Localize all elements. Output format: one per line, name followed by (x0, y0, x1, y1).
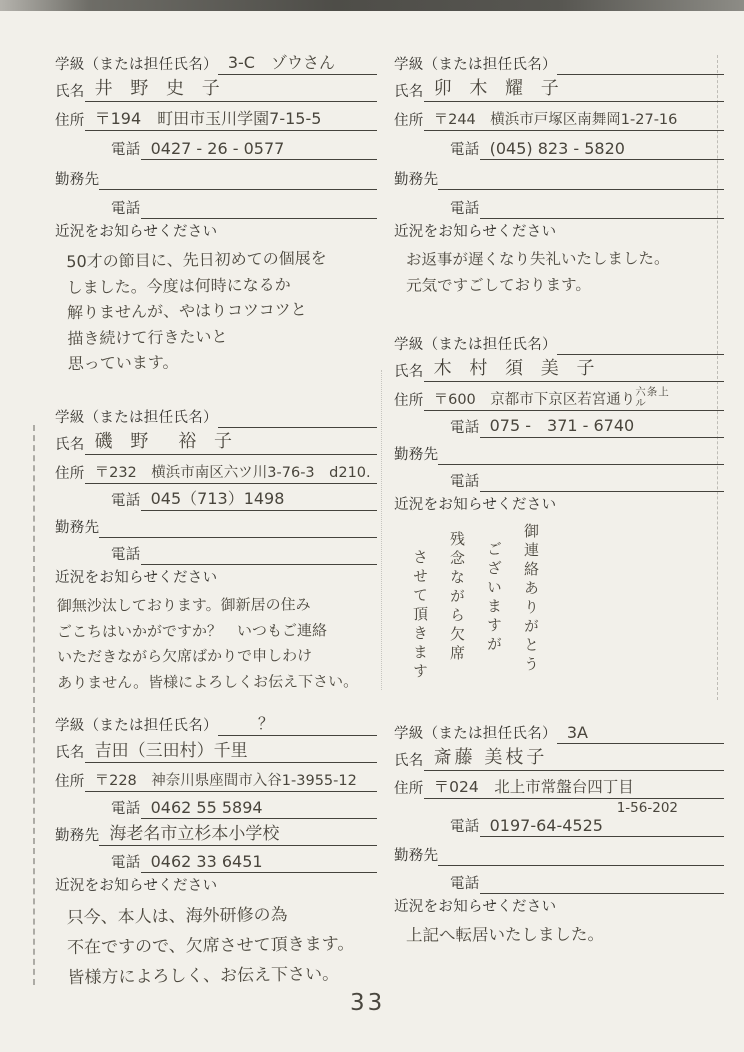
contact-form-block-5: 学級（または担任氏名） 氏名 木 村 須 美 子 住所 〒600 京都市下京区若… (394, 328, 724, 703)
work-phone-value (141, 563, 377, 565)
class-label: 学級（または担任氏名） (394, 53, 557, 75)
message-line: 元気ですごしております。 (406, 272, 724, 299)
phone-label: 電話 (450, 416, 480, 438)
name-value: 木 村 須 美 子 (424, 354, 724, 382)
message-line: 御無沙汰しております。御新居の住み (57, 592, 377, 619)
phone-row: 電話 0427 - 26 - 0577 (55, 131, 377, 160)
phone-label: 電話 (450, 138, 480, 160)
class-label: 学級（または担任氏名） (55, 714, 218, 736)
work-phone-row: 電話 (55, 190, 377, 219)
notice-label: 近況をお知らせください (394, 493, 556, 515)
address-row: 住所 〒194 町田市玉川学園7-15-5 (55, 102, 377, 131)
name-row: 氏名 木 村 須 美 子 (394, 355, 724, 382)
work-phone-label: 電話 (450, 470, 480, 492)
address-label: 住所 (55, 462, 85, 484)
workplace-label: 勤務先 (55, 824, 99, 846)
work-phone-row: 電話 (55, 538, 377, 565)
status-message: 只今、本人は、海外研修の為 不在ですので、欠席させて頂きます。 皆様方によろしく… (54, 893, 377, 992)
phone-row: 電話 075 - 371 - 6740 (394, 411, 724, 438)
work-phone-value: 0462 33 6451 (141, 852, 377, 873)
class-row: 学級（または担任氏名） (55, 401, 377, 428)
address-row: 住所 〒232 横浜市南区六ツ川3-76-3 d210. (55, 455, 377, 484)
workplace-label: 勤務先 (55, 516, 99, 538)
address-label: 住所 (55, 109, 85, 131)
phone-row: 電話 0462 55 5894 (55, 792, 377, 819)
name-value: 斎藤 美枝子 (424, 743, 724, 771)
phone-value: 0197-64-4525 (480, 816, 724, 837)
work-phone-row: 電話 0462 33 6451 (55, 846, 377, 873)
message-line: 上記へ転居いたしました。 (406, 921, 724, 948)
work-phone-label: 電話 (450, 197, 480, 219)
message-line: 只今、本人は、海外研修の為 (66, 898, 376, 932)
scan-edge-line-left (33, 425, 35, 985)
contact-form-block-2: 学級（または担任氏名） 氏名 磯 野 裕 子 住所 〒232 横浜市南区六ツ川3… (55, 401, 377, 695)
address-row: 住所 〒228 神奈川県座間市入谷1-3955-12 (55, 763, 377, 792)
work-phone-row: 電話 (394, 465, 724, 492)
class-label: 学級（または担任氏名） (394, 722, 557, 744)
notice-row: 近況をお知らせください (394, 492, 724, 515)
vertical-message-line: ございますが (484, 541, 505, 703)
workplace-row: 勤務先 (394, 438, 724, 465)
right-column: 学級（または担任氏名） 氏名 卯 木 耀 子 住所 〒244 横浜市戸塚区南舞岡… (394, 48, 724, 948)
phone-value: 075 - 371 - 6740 (480, 413, 724, 438)
address-value: 〒194 町田市玉川学園7-15-5 (85, 106, 377, 131)
status-message: 御無沙汰しております。御新居の住み ごこちはいかがですか？ いつもご連絡 いただ… (55, 587, 378, 696)
name-row: 氏名 斎藤 美枝子 (394, 744, 724, 771)
notice-row: 近況をお知らせください (55, 219, 377, 242)
phone-label: 電話 (111, 138, 141, 160)
workplace-label: 勤務先 (394, 168, 438, 190)
work-phone-row: 電話 (394, 866, 724, 894)
work-phone-label: 電話 (111, 851, 141, 873)
name-row: 氏名 磯 野 裕 子 (55, 428, 377, 455)
address-row: 住所 〒600 京都市下京区若宮通り六条上ル (394, 382, 724, 411)
address-value: 〒228 神奈川県座間市入谷1-3955-12 (85, 769, 377, 792)
name-row: 氏名 井 野 史 子 (55, 75, 377, 102)
work-phone-value (480, 217, 724, 219)
workplace-value (99, 188, 377, 190)
address-label: 住所 (55, 770, 85, 792)
page-number: 33 (350, 990, 385, 1016)
class-value: ？ (218, 711, 377, 736)
phone-label: 電話 (450, 815, 480, 837)
address-label: 住所 (394, 389, 424, 411)
work-phone-label: 電話 (111, 543, 141, 565)
workplace-value: 海老名市立杉本小学校 (99, 819, 377, 846)
class-value: 3-C ゾウさん (218, 50, 377, 75)
address-label: 住所 (394, 777, 424, 799)
name-value: 吉田（三田村）千里 (85, 736, 377, 763)
work-phone-label: 電話 (111, 197, 141, 219)
address-row: 住所 〒244 横浜市戸塚区南舞岡1-27-16 (394, 102, 724, 131)
class-label: 学級（または担任氏名） (55, 406, 218, 428)
address-value: 〒244 横浜市戸塚区南舞岡1-27-16 (424, 108, 724, 131)
message-line: 思っています。 (68, 347, 378, 377)
workplace-row: 勤務先 (55, 511, 377, 538)
phone-value: (045) 823 - 5820 (480, 139, 724, 160)
class-row: 学級（または担任氏名） ？ (55, 709, 377, 736)
workplace-label: 勤務先 (55, 168, 99, 190)
phone-value: 0462 55 5894 (141, 798, 377, 819)
name-label: 氏名 (55, 741, 85, 763)
message-line: いただきながら欠席ばかりで申しわけ (57, 643, 377, 670)
notice-label: 近況をお知らせください (55, 220, 217, 242)
scan-top-edge-band (0, 0, 744, 11)
workplace-row: 勤務先 海老名市立杉本小学校 (55, 819, 377, 846)
class-value: 3A (557, 723, 724, 744)
contact-form-block-3: 学級（または担任氏名） ？ 氏名 吉田（三田村）千里 住所 〒228 神奈川県座… (55, 709, 377, 991)
vertical-message-line: させて頂きます (410, 549, 431, 703)
work-phone-value (480, 892, 724, 894)
message-line: ごこちはいかがですか？ いつもご連絡 (57, 617, 377, 644)
workplace-row: 勤務先 (55, 160, 377, 190)
class-row: 学級（または担任氏名） (394, 328, 724, 355)
message-line: 皆様方によろしく、お伝え下さい。 (67, 958, 377, 992)
class-row: 学級（または担任氏名） 3A (394, 717, 724, 744)
phone-label: 電話 (111, 489, 141, 511)
notice-row: 近況をお知らせください (55, 565, 377, 588)
class-row: 学級（または担任氏名） (394, 48, 724, 75)
status-message: 上記へ転居いたしました。 (394, 916, 724, 948)
work-phone-label: 電話 (450, 872, 480, 894)
workplace-label: 勤務先 (394, 844, 438, 866)
status-message-vertical: 御連絡ありがとう ございますが 残念ながら欠席 させて頂きます (394, 515, 542, 703)
message-line: ありません。皆様によろしくお伝え下さい。 (57, 668, 377, 695)
work-phone-row: 電話 (394, 190, 724, 219)
scanned-form-page: { "page": { "number": "33" }, "colors": … (0, 0, 744, 1052)
name-label: 氏名 (394, 360, 424, 382)
class-row: 学級（または担任氏名） 3-C ゾウさん (55, 48, 377, 75)
left-column: 学級（または担任氏名） 3-C ゾウさん 氏名 井 野 史 子 住所 〒194 … (55, 48, 377, 991)
notice-row: 近況をお知らせください (394, 219, 724, 242)
address-row: 住所 〒024 北上市常盤台四丁目 (394, 771, 724, 799)
status-message: お返事が遅くなり失礼いたしました。 元気ですごしております。 (394, 241, 724, 299)
scan-edge-line-center (381, 370, 382, 690)
name-label: 氏名 (55, 433, 85, 455)
vertical-message-line: 残念ながら欠席 (447, 531, 468, 703)
name-row: 氏名 卯 木 耀 子 (394, 75, 724, 102)
notice-label: 近況をお知らせください (394, 895, 556, 917)
address-line2-row: 1-56-202 (394, 799, 724, 815)
address-value-wrap: 〒600 京都市下京区若宮通り六条上ル (424, 387, 724, 411)
contact-form-block-1: 学級（または担任氏名） 3-C ゾウさん 氏名 井 野 史 子 住所 〒194 … (55, 48, 377, 375)
notice-label: 近況をお知らせください (55, 874, 217, 896)
notice-label: 近況をお知らせください (55, 566, 217, 588)
notice-row: 近況をお知らせください (394, 894, 724, 917)
address-value: 〒232 横浜市南区六ツ川3-76-3 d210. (85, 461, 377, 484)
phone-row: 電話 045（713）1498 (55, 484, 377, 511)
name-label: 氏名 (55, 80, 85, 102)
address-line2: 1-56-202 (617, 800, 678, 816)
class-label: 学級（または担任氏名） (55, 53, 218, 75)
class-label: 学級（または担任氏名） (394, 333, 557, 355)
contact-form-block-6: 学級（または担任氏名） 3A 氏名 斎藤 美枝子 住所 〒024 北上市常盤台四… (394, 717, 724, 948)
address-value: 〒600 京都市下京区若宮通り (434, 392, 636, 408)
name-label: 氏名 (394, 749, 424, 771)
status-message: 50才の節目に、先日初めての個展を しました。今度は何時になるか 解りませんが、… (54, 240, 378, 377)
phone-value: 045（713）1498 (141, 486, 377, 511)
workplace-row: 勤務先 (394, 837, 724, 866)
work-phone-value (480, 490, 724, 492)
phone-label: 電話 (111, 797, 141, 819)
name-value: 卯 木 耀 子 (424, 74, 724, 102)
name-label: 氏名 (394, 80, 424, 102)
name-value: 磯 野 裕 子 (85, 427, 377, 455)
address-label: 住所 (394, 109, 424, 131)
workplace-label: 勤務先 (394, 443, 438, 465)
phone-row: 電話 (045) 823 - 5820 (394, 131, 724, 160)
name-value: 井 野 史 子 (85, 74, 377, 102)
notice-row: 近況をお知らせください (55, 873, 377, 896)
phone-value: 0427 - 26 - 0577 (141, 139, 377, 160)
workplace-value (438, 188, 724, 190)
message-line: お返事が遅くなり失礼いたしました。 (406, 246, 724, 273)
workplace-value (438, 463, 724, 465)
work-phone-value (141, 217, 377, 219)
workplace-row: 勤務先 (394, 160, 724, 190)
notice-label: 近況をお知らせください (394, 220, 556, 242)
workplace-value (438, 864, 724, 866)
name-row: 氏名 吉田（三田村）千里 (55, 736, 377, 763)
vertical-message-line: 御連絡ありがとう (521, 523, 542, 703)
workplace-value (99, 536, 377, 538)
address-value: 〒024 北上市常盤台四丁目 (424, 775, 724, 799)
contact-form-block-4: 学級（または担任氏名） 氏名 卯 木 耀 子 住所 〒244 横浜市戸塚区南舞岡… (394, 48, 724, 298)
message-line: 不在ですので、欠席させて頂きます。 (67, 928, 377, 962)
address-note: 六条上ル (635, 387, 671, 409)
phone-row: 電話 0197-64-4525 (394, 815, 724, 837)
